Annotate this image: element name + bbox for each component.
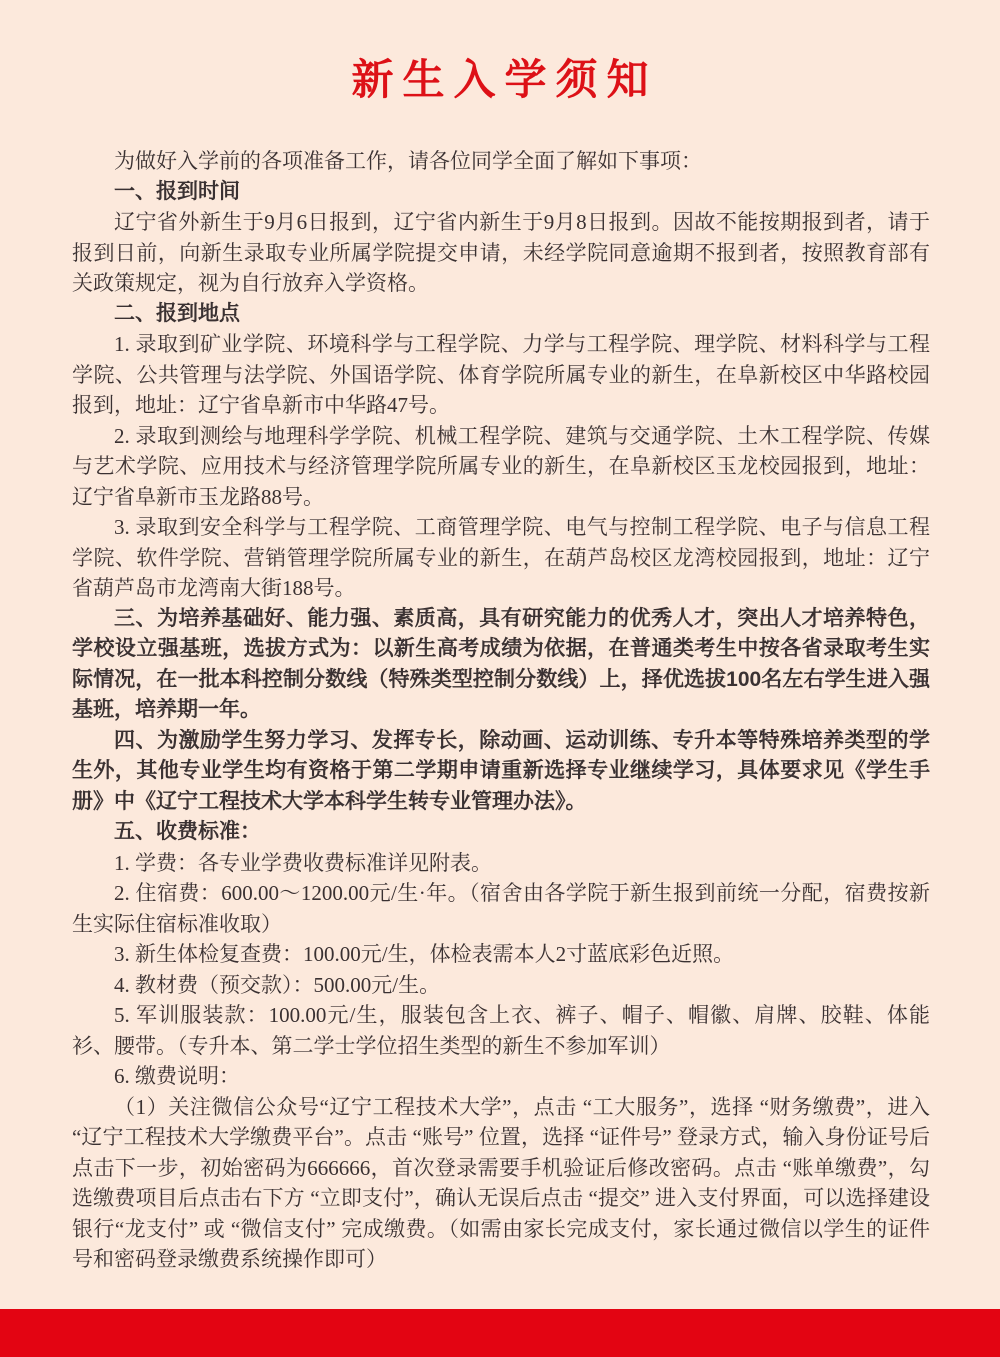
- para-report-time: 辽宁省外新生于9月6日报到，辽宁省内新生于9月8日报到。因故不能按期报到者，请于…: [72, 207, 930, 299]
- para-location-fuxin-zhonghua: 1. 录取到矿业学院、环境科学与工程学院、力学与工程学院、理学院、材料科学与工程…: [72, 329, 930, 421]
- para-fee-accommodation: 2. 住宿费：600.00～1200.00元/生·年。（宿舍由各学院于新生报到前…: [72, 878, 930, 939]
- notice-body: 为做好入学前的各项准备工作，请各位同学全面了解如下事项： 一、报到时间 辽宁省外…: [0, 146, 1000, 1275]
- para-location-fuxin-yulong: 2. 录取到测绘与地理科学学院、机械工程学院、建筑与交通学院、土木工程学院、传媒…: [72, 421, 930, 513]
- para-location-huludao-longwan: 3. 录取到安全科学与工程学院、工商管理学院、电气与控制工程学院、电子与信息工程…: [72, 512, 930, 604]
- para-fee-military-uniform: 5. 军训服装款：100.00元/生，服装包含上衣、裤子、帽子、帽徽、肩牌、胶鞋…: [72, 1000, 930, 1061]
- page-title: 新生入学须知: [0, 56, 1000, 106]
- section-heading-report-time: 一、报到时间: [72, 177, 930, 208]
- para-fee-textbook: 4. 教材费（预交款）：500.00元/生。: [72, 970, 930, 1001]
- intro-paragraph: 为做好入学前的各项准备工作，请各位同学全面了解如下事项：: [72, 146, 930, 177]
- para-fee-tuition: 1. 学费：各专业学费收费标准详见附表。: [72, 848, 930, 879]
- para-major-transfer: 四、为激励学生努力学习、发挥专长，除动画、运动训练、专升本等特殊培养类型的学生外…: [72, 726, 930, 818]
- para-payment-instructions: （1）关注微信公众号“辽宁工程技术大学”，点击 “工大服务”，选择 “财务缴费”…: [72, 1092, 930, 1275]
- para-fee-physical-exam: 3. 新生体检复查费：100.00元/生，体检表需本人2寸蓝底彩色近照。: [72, 939, 930, 970]
- para-strong-foundation-class: 三、为培养基础好、能力强、素质高，具有研究能力的优秀人才，突出人才培养特色，学校…: [72, 604, 930, 726]
- notice-page: 新生入学须知 为做好入学前的各项准备工作，请各位同学全面了解如下事项： 一、报到…: [0, 0, 1000, 1357]
- section-heading-fees: 五、收费标准：: [72, 817, 930, 848]
- footer-red-bar: [0, 1309, 1000, 1357]
- section-heading-report-location: 二、报到地点: [72, 299, 930, 330]
- para-fee-payment-note: 6. 缴费说明：: [72, 1061, 930, 1092]
